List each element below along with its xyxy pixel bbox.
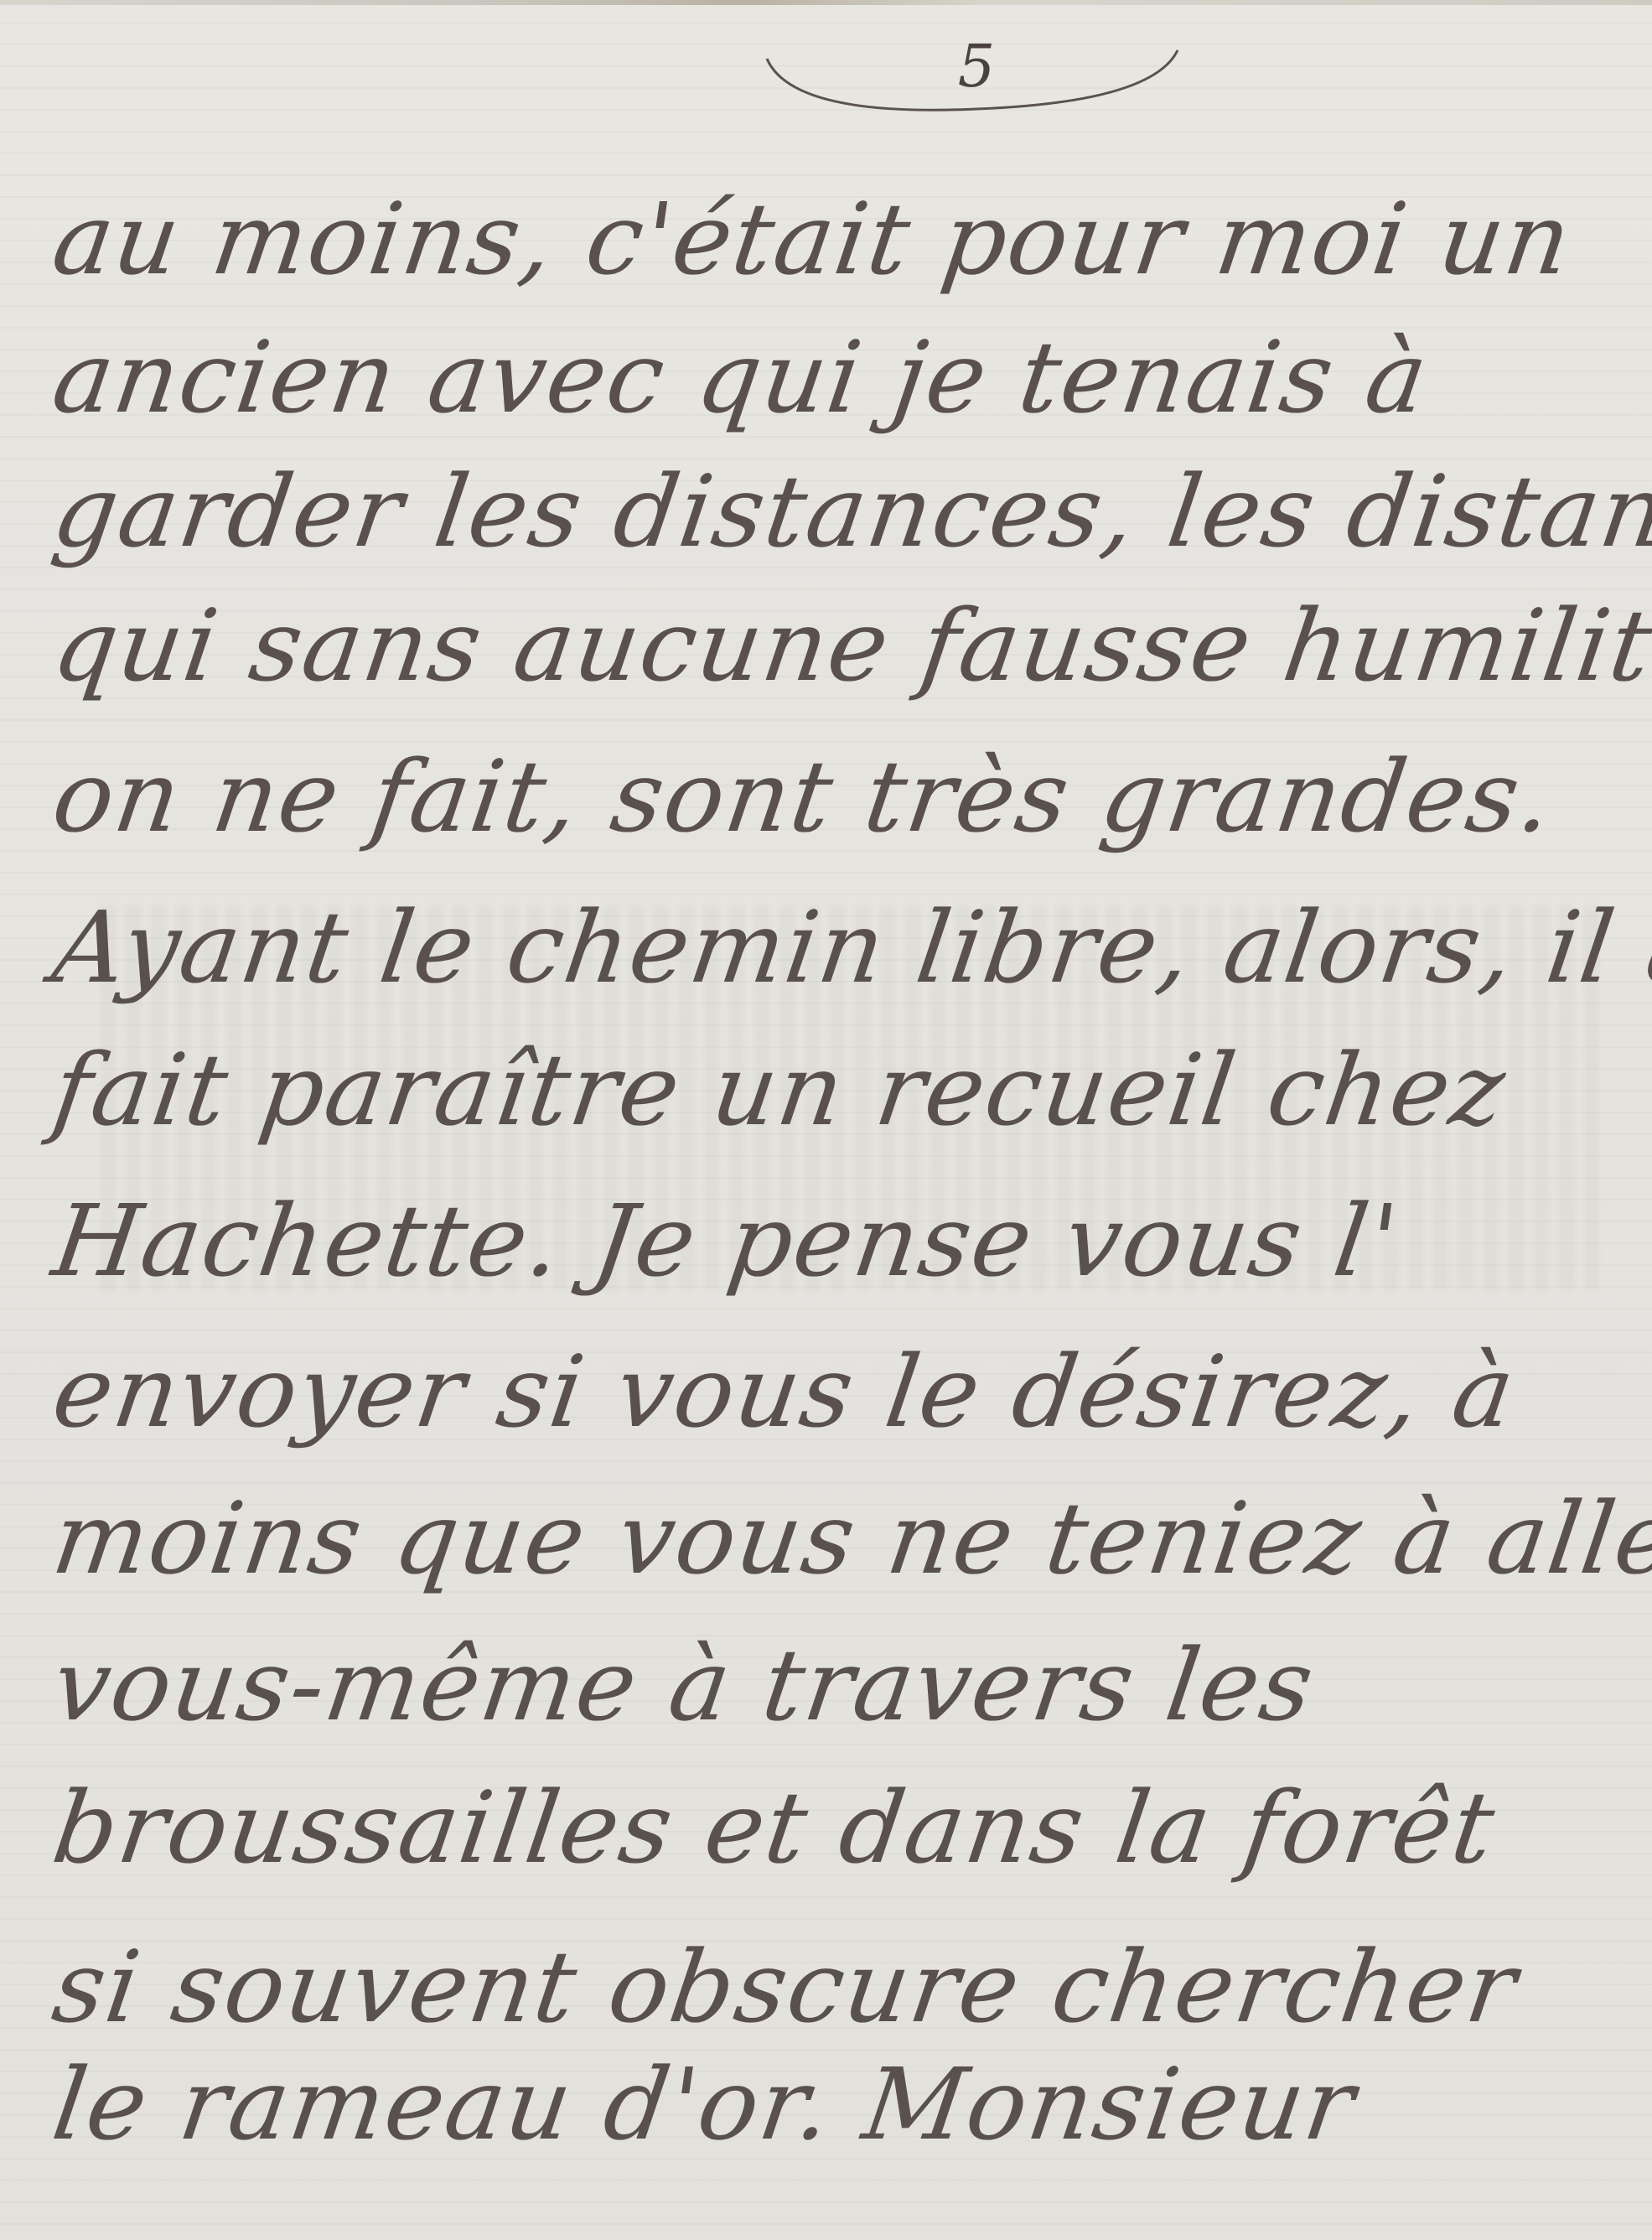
handwritten-line-5: on ne fait, sont très grandes. — [46, 738, 1639, 855]
letter-page: 5 au moins, c'était pour moi un ancien a… — [0, 0, 1652, 2240]
handwritten-line-8: Hachette. Je pense vous l' — [46, 1182, 1639, 1299]
handwritten-line-14: le rameau d'or. Monsieur — [46, 2046, 1639, 2163]
handwritten-line-1: au moins, c'était pour moi un — [46, 180, 1639, 298]
handwritten-line-11: vous-même à travers les — [46, 1626, 1639, 1744]
handwritten-line-10: moins que vous ne teniez à aller — [46, 1480, 1639, 1597]
handwritten-line-9: envoyer si vous le désirez, à — [46, 1333, 1639, 1450]
handwritten-line-3: garder les distances, les distances — [46, 453, 1639, 570]
paper-top-edge — [0, 0, 1652, 5]
handwritten-line-13: si souvent obscure chercher — [46, 1928, 1639, 2046]
page-number: 5 — [893, 32, 1060, 101]
handwritten-line-6: Ayant le chemin libre, alors, il a — [46, 889, 1639, 1006]
handwritten-line-7: fait paraître un recueil chez — [46, 1031, 1639, 1149]
handwritten-line-4: qui sans aucune fausse humilité — [46, 587, 1639, 704]
handwritten-line-2: ancien avec qui je tenais à — [46, 319, 1639, 436]
page-number-block: 5 — [759, 25, 1194, 117]
handwritten-line-12: broussailles et dans la forêt — [46, 1769, 1639, 1886]
